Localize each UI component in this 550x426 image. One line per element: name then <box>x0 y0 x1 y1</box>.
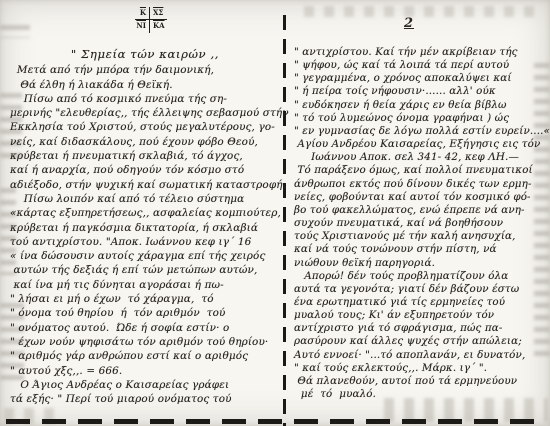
manuscript-line: μυαλού τους; Κι' άν εξυπηρετούν τόν <box>294 309 548 322</box>
manuscript-line: " όνομα τού θηρίου ή τόν αριθμόν τού <box>10 306 280 320</box>
cross-letter-top-right: ΧΣ <box>150 7 167 20</box>
manuscript-line: τούς Χριστιανούς μέ τήν καλή ανησυχία, <box>294 230 548 243</box>
manuscript-line: αντίχριστο γιά τό σφράγισμα, πώς πα- <box>294 322 548 335</box>
manuscript-page: Κ ΧΣ ΝΙ ΚΑ 2 " Σημεία τών καιρών ,, Μετά… <box>0 0 550 426</box>
manuscript-line: " αντιχρίστου. Καί τήν μέν ακρίβειαν τής <box>294 46 548 59</box>
manuscript-line: " ονόματος αυτού. Ώδε ή σοφία εστίν· ο <box>10 321 280 335</box>
manuscript-line: Ιωάννου Αποκ. σελ 341- 42, κεφ ΛΗ.— <box>294 151 548 164</box>
manuscript-line: " καί τούς εκλεκτούς,,. Μάρκ. ιγ΄ ". <box>294 362 548 375</box>
left-column-text: " Σημεία τών καιρών ,, Μετά από τήν μπόρ… <box>10 47 280 406</box>
document-title: " Σημεία τών καιρών ,, <box>10 47 280 63</box>
manuscript-line: κρύβεται ή παγκόσμια δικτατορία, ή σκλαβ… <box>10 221 280 235</box>
manuscript-line: " γεγραμμένα, ο χρόνος αποκαλύψει καί <box>294 72 548 85</box>
manuscript-line: " ή πείρα τοίς νήφουσιν·...... αλλ' ούκ <box>294 85 548 98</box>
cross-letter-top-left: Κ <box>135 7 150 20</box>
left-column-lines: Μετά από τήν μπόρα τήν δαιμονική, Θά έλθ… <box>10 63 280 406</box>
manuscript-line: μερινής "ελευθερίας,, τής έλλειψης σεβασ… <box>10 106 280 120</box>
manuscript-line: νείες, φοβούνται καί αυτοί τόν κοσμικό φ… <box>294 191 548 204</box>
manuscript-line: τά εξής· " Περί τού μιαρού ονόματος τού <box>10 392 280 406</box>
manuscript-line: μέ τό μυαλό. <box>294 388 548 401</box>
manuscript-line: νείς, καί διδασκάλους, πού έχουν φόβο Θε… <box>10 135 280 149</box>
manuscript-line: βο τού φακελλώματος, ενώ έπρεπε νά ανη- <box>294 204 548 217</box>
manuscript-line: νιώθουν θεϊκή παρηγοριά. <box>294 257 548 270</box>
manuscript-line: Τό παράξενο όμως, καί πολλοί πνευματικοί <box>294 164 548 177</box>
manuscript-line: " λήσαι ει μή ο έχων τό χάραγμα, τό <box>10 292 280 306</box>
right-column-lines: " αντιχρίστου. Καί τήν μέν ακρίβειαν τής… <box>294 46 548 401</box>
manuscript-line: " εν γυμνασίας δε λόγω πολλά εστίν ευρεί… <box>294 125 548 138</box>
manuscript-line: " ευδόκησεν ή θεία χάρις εν θεία βίβλω <box>294 99 548 112</box>
manuscript-line: Θά πλανεθούν, αυτοί πού τά ερμηνεύουν <box>294 375 548 388</box>
manuscript-line: Αγίου Ανδρέου Καισαρείας, Εξήγησις εις τ… <box>294 138 548 151</box>
manuscript-line: " αριθμός γάρ ανθρώπου εστί καί ο αριθμό… <box>10 349 280 363</box>
manuscript-line: καί ή αναρχία, πού οδηγούν τόν κόσμο στό <box>10 163 280 177</box>
manuscript-line: Θά έλθη ή λιακάδα ή Θεϊκή. <box>10 78 280 92</box>
manuscript-line: κρύβεται ή πνευματική σκλαβιά, τό άγχος, <box>10 149 280 163</box>
manuscript-line: ρασύρουν καί άλλες ψυχές στήν απώλεια; <box>294 335 548 348</box>
print-through-artifact <box>0 22 30 38</box>
right-column-text: " αντιχρίστου. Καί τήν μέν ακρίβειαν τής… <box>294 46 548 401</box>
manuscript-line: « ίνα δώσουσιν αυτοίς χάραγμα επί τής χε… <box>10 249 280 263</box>
manuscript-line: άνθρωποι εκτός πού δίνουν δικές των ερμη… <box>294 178 548 191</box>
manuscript-line: " τό τού λυμεώνος όνομα γραφήναι ) ώς <box>294 112 548 125</box>
manuscript-line: καί ίνα μή τις δύνηται αγοράσαι ή πω- <box>10 278 280 292</box>
column-divider-dashed-line <box>283 15 286 426</box>
manuscript-line: " ψήφου, ώς καί τά λοιπά τά περί αυτού <box>294 59 548 72</box>
manuscript-line: αυτών τής δεξιάς ή επί τών μετώπων αυτών… <box>10 263 280 277</box>
manuscript-line: Απορώ! δέν τούς προβληματίζουν όλα <box>294 270 548 283</box>
manuscript-line: τού αντιχρίστου. "Αποκ. Ιωάννου κεφ ιγ΄ … <box>10 235 280 249</box>
manuscript-line: αυτά τα γεγονότα; γιατί δέν βάζουν έστω <box>294 283 548 296</box>
cross-letter-bottom-left: ΝΙ <box>135 20 150 33</box>
manuscript-line: " έχων νούν ψηφισάτω τόν αριθμόν τού θηρ… <box>10 335 280 349</box>
manuscript-line: Εκκλησία τού Χριστού, στούς μεγαλυτέρους… <box>10 120 280 134</box>
manuscript-line: Ο Άγιος Ανδρέας ο Καισαρείας γράφει <box>10 378 280 392</box>
manuscript-line: Πίσω λοιπόν καί από τό τέλειο σύστημα <box>10 192 280 206</box>
manuscript-line: αδιέξοδο, στήν ψυχική καί σωματική κατασ… <box>10 178 280 192</box>
christogram-cross-icon: Κ ΧΣ ΝΙ ΚΑ <box>135 7 167 33</box>
manuscript-line: καί νά τούς τονώνουν στήν πίστη, νά <box>294 243 548 256</box>
page-number: 2 <box>394 16 424 31</box>
manuscript-line: " αυτού χξς,,. = 666. <box>10 364 280 378</box>
cross-letter-bottom-right: ΚΑ <box>150 20 167 33</box>
bottom-dashed-line <box>6 419 544 424</box>
manuscript-line: ένα ερωτηματικό γιά τίς ερμηνείες τού <box>294 296 548 309</box>
manuscript-line: Πίσω από τό κοσμικό πνεύμα τής ση- <box>10 92 280 106</box>
manuscript-line: Αυτό εννοεί· "...τό αποπλανάν, ει δυνατό… <box>294 349 548 362</box>
manuscript-line: συχούν πνευματικά, καί νά βοηθήσουν <box>294 217 548 230</box>
manuscript-line: «κάρτας εξυπηρετήσεως,, ασφαλείας κομπιο… <box>10 206 280 220</box>
manuscript-line: Μετά από τήν μπόρα τήν δαιμονική, <box>10 63 280 77</box>
